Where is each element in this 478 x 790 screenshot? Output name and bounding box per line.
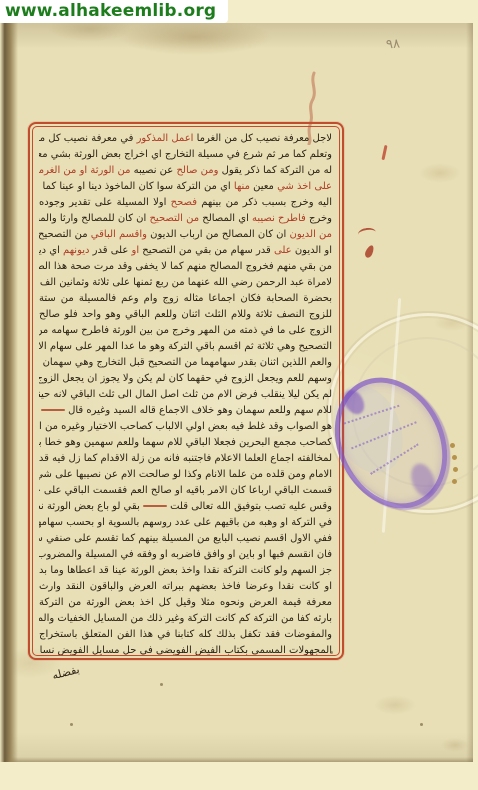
manuscript-line: من بقي منهم فخروج المصالح منهم كما لا يخ… [39, 259, 332, 275]
manuscript-line: التصحيح وهي ثلاثة ثم اقسم باقي التركة وه… [39, 339, 332, 355]
catchword: بفضله [51, 663, 81, 682]
manuscript-line: والعم اللذين اثنان بقدر سهامهما من التصح… [39, 355, 332, 371]
manuscript-line: او الديون على قدر سهام من بقي من التصحيح… [39, 243, 332, 259]
manuscript-line: الامام ومن قلده من علما الانام وكذا لو ص… [39, 467, 332, 483]
manuscript-line: لمخالفته اجماع العلما الاعلام فاجتنبه فا… [39, 451, 332, 467]
folio-number: ٩٨ [385, 37, 400, 53]
manuscript-line: له من التركة كما ذكر يقول ومن صالح عن نص… [39, 163, 332, 179]
manuscript-line: كصاحب مجمع البحرين فجعلا الباقي للام سهم… [39, 435, 332, 451]
manuscript-line: قسمت الباقي ارباعا كان الامر باقيه او صا… [39, 483, 332, 499]
manuscript-line: جز السهم ولو كانت التركة نقدا واخذ بعض ا… [39, 563, 332, 579]
manuscript-line: المجهولات المسمى بكتاب الفيض الفويضي في … [39, 643, 332, 656]
text-block: لاجل معرفة نصيب كل من الغرما اعمل المذكو… [32, 126, 340, 656]
edge-dot [453, 467, 458, 472]
manuscript-photo: ٩٨ لاجل معرفة نصيب كل من الغرما اعمل الم… [0, 23, 473, 762]
manuscript-line: في التركة او وهبه من باقيهم على عدد روسه… [39, 515, 332, 531]
manuscript-line: فان انقسم فبها او باين او وافق فاضربه او… [39, 547, 332, 563]
manuscript-line: من الديون ان كان المصالح من ارباب الديون… [39, 227, 332, 243]
edge-dot [452, 455, 457, 460]
stamp-text-trace [351, 421, 417, 449]
margin-red-stroke [381, 145, 387, 160]
manuscript-line: معرفة قيمة العرض ونحوه مثلا وقيل كل اخذ … [39, 595, 332, 611]
manuscript-line: اليه وخرج بسبب ذكر من بينهم فصحح اولا ال… [39, 195, 332, 211]
manuscript-line: لم يكن ليلا ينقلب فرض الام من ثلث اصل ال… [39, 387, 332, 403]
manuscript-line: وقس عليه تصب بتوفيق الله تعالى قلت بقي ل… [39, 499, 332, 515]
speck [160, 683, 163, 686]
manuscript-line: بارثه كفا من التركة كم كانت التركة وغير … [39, 611, 332, 627]
manuscript-line: الزوج على ما في ذمته من المهر وخرج من بي… [39, 323, 332, 339]
manuscript-line: وسهم للعم ويجعل الزوج في حقهما كان لم يك… [39, 371, 332, 387]
red-overline-mark [41, 409, 65, 412]
manuscript-line: بحضرة الصحابة فكان اجماعا مثاله زوج وام … [39, 291, 332, 307]
manuscript-line: او كانت نقدا وعرضا فاخذ بعضهم ببراته الع… [39, 579, 332, 595]
edge-dot [452, 479, 457, 484]
red-overline-mark [143, 505, 167, 508]
text-frame-border: لاجل معرفة نصيب كل من الغرما اعمل المذكو… [28, 122, 344, 660]
manuscript-line: وتعلم كما مر ثم شرع في مسيلة التخارج اي … [39, 147, 332, 163]
binding-gutter-shadow [0, 23, 18, 762]
margin-red-drop [364, 244, 376, 259]
manuscript-line: ففي الاول اقسم نصيب البايع من المسيلة بي… [39, 531, 332, 547]
scanner-top-band: www.alhakeemlib.org [0, 0, 478, 23]
edge-dot [450, 443, 455, 448]
speck [420, 723, 423, 726]
manuscript-line: هو الصواب وقد غلط فيه بعض اولي الالباب ك… [39, 419, 332, 435]
speck [70, 723, 73, 726]
site-watermark: www.alhakeemlib.org [0, 0, 216, 23]
manuscript-line: لاجل معرفة نصيب كل من الغرما اعمل المذكو… [39, 131, 332, 147]
speck [330, 651, 333, 654]
scanned-manuscript-page: { "watermark": { "url_text": "www.alhake… [0, 0, 478, 790]
manuscript-line: للزوج النصف ثلاثة وللام الثلث اثنان وللع… [39, 307, 332, 323]
manuscript-line: على اخذ شي معين منها اي من التركة سوا كا… [39, 179, 332, 195]
watermark-background: www.alhakeemlib.org [0, 0, 228, 23]
manuscript-line: للام سهم وللعم سهمان وهو خلاف الاجماع قا… [39, 403, 332, 419]
manuscript-line: والمفوضات فقد تكفل بذلك كله كتابنا في هذ… [39, 627, 332, 643]
margin-red-curve [357, 227, 376, 240]
manuscript-line: لامراة عبد الرحمن رضي الله عنهما من ربع … [39, 275, 332, 291]
manuscript-line: وخرج فاطرح نصيبه اي المصالح من التصحيح ا… [39, 211, 332, 227]
